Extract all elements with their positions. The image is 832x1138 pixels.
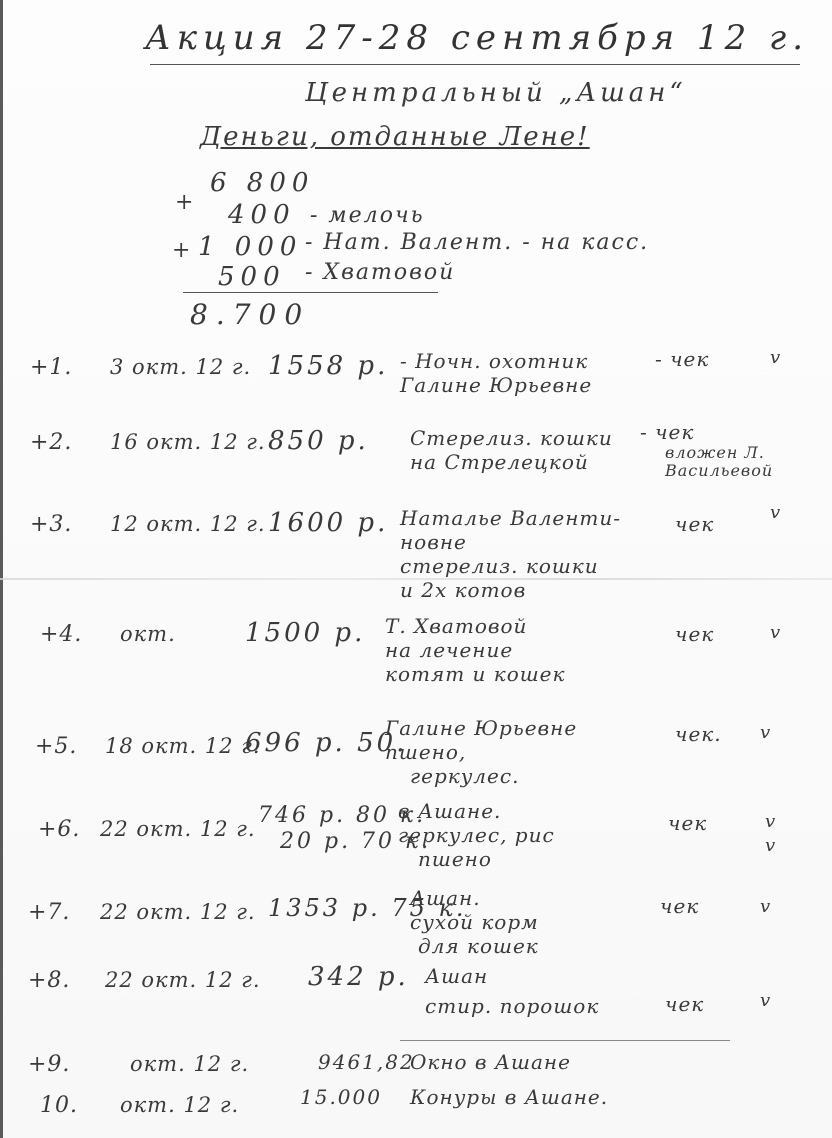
section-heading: Деньги, отданные Лене! [200,122,590,152]
receipt-note: вложен Л. Васильевой [665,444,815,480]
desc-line: геркулес. [385,764,577,788]
desc-line: Окно в Ашане [410,1050,571,1074]
row-number: 10. [40,1093,78,1118]
desc-line: в Ашане. [398,799,555,823]
row-desc: Ашан. сухой корм для кошек [410,886,539,958]
desc-line: Ашан. [410,886,539,910]
row-sum: 1600 р. [268,508,388,538]
row-sum: 15.000 [300,1085,382,1109]
row-number: +1. [30,355,72,380]
check-mark: v [770,347,781,368]
row-number: +5. [35,734,77,759]
row-number: +9. [28,1052,70,1077]
row-sum: 850 р. [268,426,369,456]
receipt-mark: чек [660,894,699,918]
income-sign: + [175,190,194,215]
row-desc: Наталье Валенти- новне стерелиз. кошки и… [400,506,621,602]
income-amount: 6 800 [210,168,314,198]
desc-line: Галине Юрьевне [385,716,577,740]
row-date: 12 окт. 12 г. [110,512,266,536]
check-mark: v [760,990,771,1011]
row-date: 3 окт. 12 г. [110,355,251,379]
desc-line: новне [400,530,621,554]
page-subtitle: Центральный „Ашан“ [305,78,687,108]
check-mark: v [765,811,776,832]
desc-line: Галине Юрьевне [400,373,592,397]
income-amount: 500 [218,262,286,292]
income-amount: 400 [228,200,296,230]
desc-line: Ашан [425,964,599,988]
desc-line: Конуры в Ашане. [410,1085,608,1109]
row-number: +6. [38,817,80,842]
income-total: 8.700 [190,298,310,331]
income-note: - Хватовой [305,260,455,285]
desc-line: пшено [398,847,555,871]
row-sum: 9461,82 [318,1050,415,1074]
row-date: 22 окт. 12 г. [100,817,256,841]
row-date: 16 окт. 12 г. [110,430,266,454]
check-mark: v [770,502,781,523]
row-sum: 1558 р. [268,351,388,381]
income-amount: 1 000 [198,232,302,262]
sum-line [183,292,438,293]
desc-line: для кошек [410,934,539,958]
row-sum: 342 р. [308,962,409,992]
check-mark: v [760,722,771,743]
check-mark: v [765,835,776,856]
row-date: 22 окт. 12 г. [100,900,256,924]
desc-line: сухой корм [410,910,539,934]
row-desc: Конуры в Ашане. [410,1085,608,1109]
income-note: - мелочь [310,203,425,228]
row-number: +8. [28,968,70,993]
desc-line: и 2х котов [400,578,621,602]
desc-line: - Ночн. охотник [400,349,592,373]
row-desc: Окно в Ашане [410,1050,571,1074]
receipt-mark: чек. [675,722,722,746]
desc-line: геркулес, рис [398,823,555,847]
row-date: окт. 12 г. [130,1052,249,1076]
check-mark: v [760,896,771,917]
row-sum: 696 р. 50. [245,728,407,758]
receipt-mark: чек [675,622,714,646]
row-date: 18 окт. 12 г. [105,734,261,758]
desc-line: на лечение [385,638,565,662]
receipt-mark: чек [675,512,714,536]
desc-line: стир. порошок [425,988,599,1018]
row-desc: в Ашане. геркулес, рис пшено [398,799,555,871]
income-sign: + [172,238,191,263]
row-date: окт. [120,622,176,646]
desc-line: стерелиз. кошки [400,554,621,578]
row-desc: - Ночн. охотник Галине Юрьевне [400,349,592,397]
row-desc: Галине Юрьевне пшено, геркулес. [385,716,577,788]
desc-line: Т. Хватовой [385,614,565,638]
receipt-mark: чек [668,811,707,835]
desc-line: котят и кошек [385,662,565,686]
row-number: +2. [30,430,72,455]
row-number: +3. [30,512,72,537]
receipt-mark: - чек [655,347,709,371]
title-underline [150,64,800,65]
row-date: окт. 12 г. [120,1093,239,1117]
receipt-mark: чек [665,992,704,1016]
row-number: +4. [40,622,82,647]
desc-line: Наталье Валенти- [400,506,621,530]
row-desc: Стерелиз. кошки на Стрелецкой [410,426,613,474]
row-number: +7. [28,900,70,925]
desc-line: Стерелиз. кошки [410,426,613,450]
income-note: - Нат. Валент. - на касс. [305,230,649,255]
row-sum: 1500 р. [245,618,365,648]
desc-line: на Стрелецкой [410,450,613,474]
page-title: Акция 27-28 сентября 12 г. [145,18,809,58]
row-desc: Т. Хватовой на лечение котят и кошек [385,614,565,686]
page-edge [0,0,3,1138]
row-date: 22 окт. 12 г. [105,968,261,992]
separator-line [400,1040,730,1041]
receipt-mark: - чек [640,420,694,444]
desc-line: пшено, [385,740,577,764]
check-mark: v [770,622,781,643]
row-desc: Ашан стир. порошок [425,964,599,1018]
